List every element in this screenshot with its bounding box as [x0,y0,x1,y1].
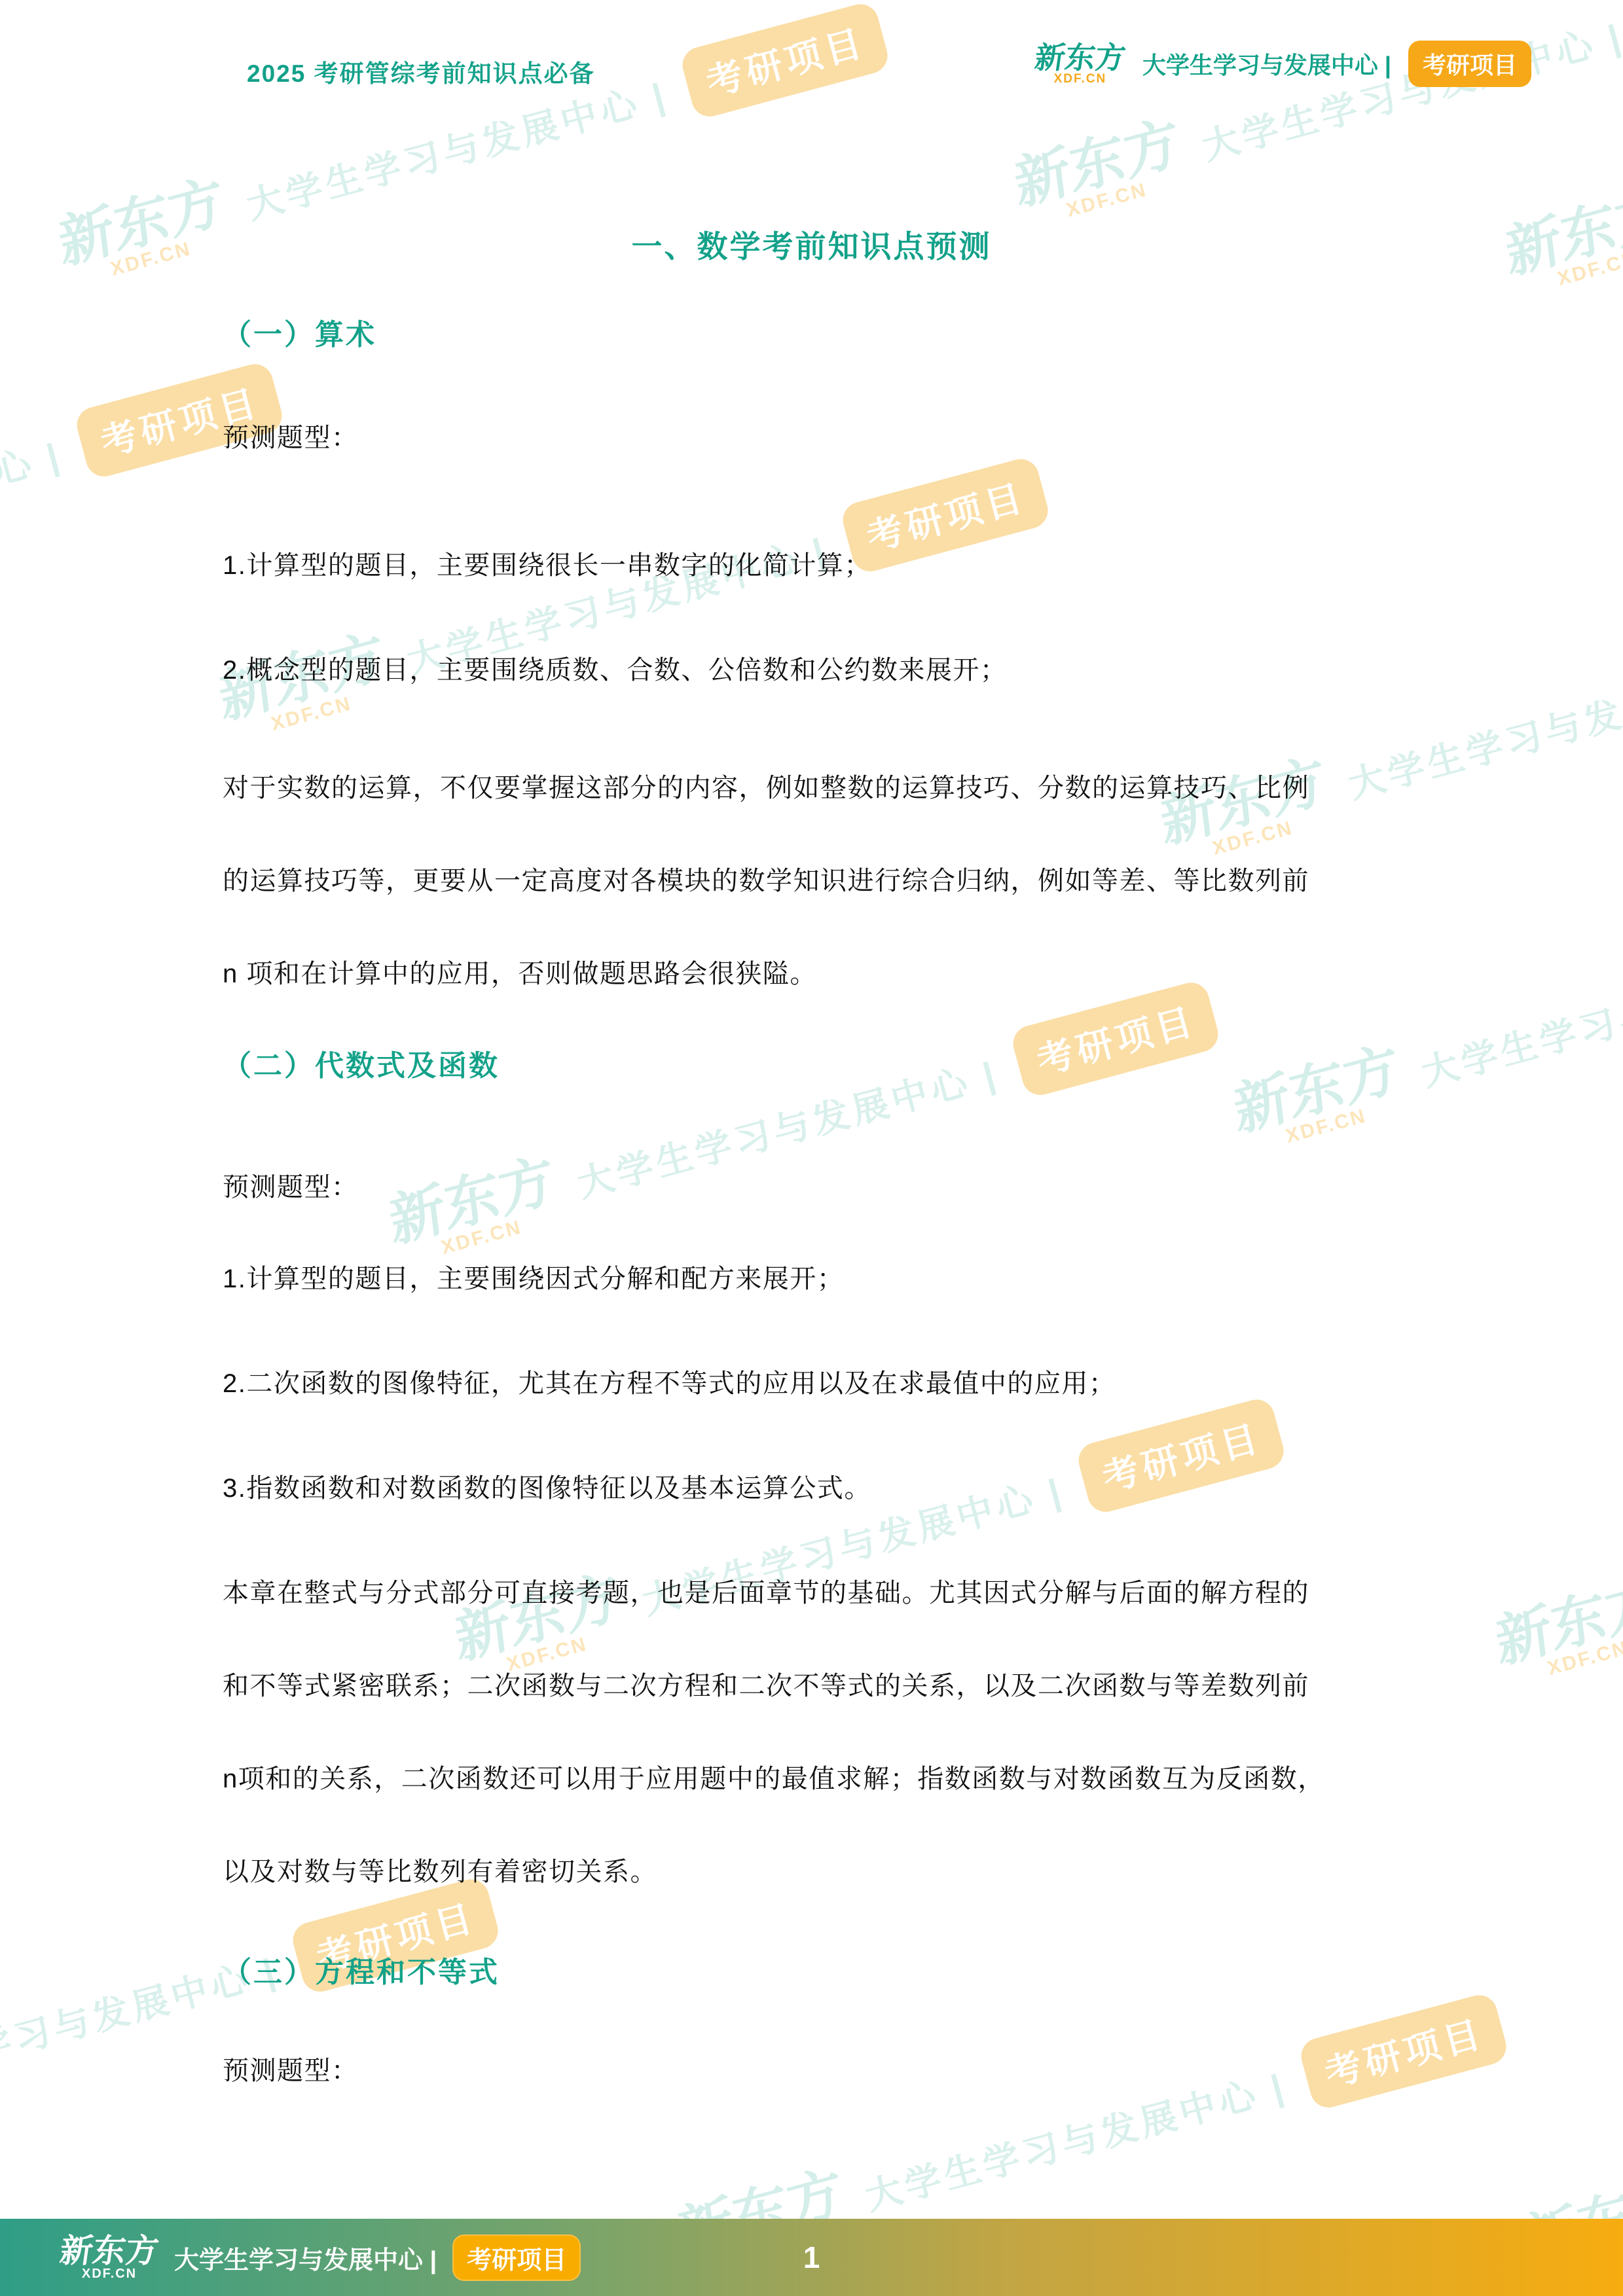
xdf-logo: 新东方 XDF.CN [1035,43,1125,85]
xdf-logo-text: 新东方 [1033,43,1127,73]
header-brand-group: 新东方 XDF.CN 大学生学习与发展中心 | 考研项目 [1035,41,1531,87]
page-header: 2025 考研管综考前知识点必备 新东方 XDF.CN 大学生学习与发展中心 |… [0,0,1623,2296]
page-number: 1 [0,2240,1623,2275]
page-footer: 新东方 XDF.CN 大学生学习与发展中心 | 考研项目 1 [0,2219,1623,2296]
brand-center-text: 大学生学习与发展中心 | [1142,47,1391,81]
kaoyan-project-badge: 考研项目 [1408,41,1531,87]
document-page: 新东方XDF.CN大学生学习与发展中心 |考研项目 新东方XDF.CN大学生学习… [0,0,1623,2296]
header-title: 2025 考研管综考前知识点必备 [247,54,595,89]
